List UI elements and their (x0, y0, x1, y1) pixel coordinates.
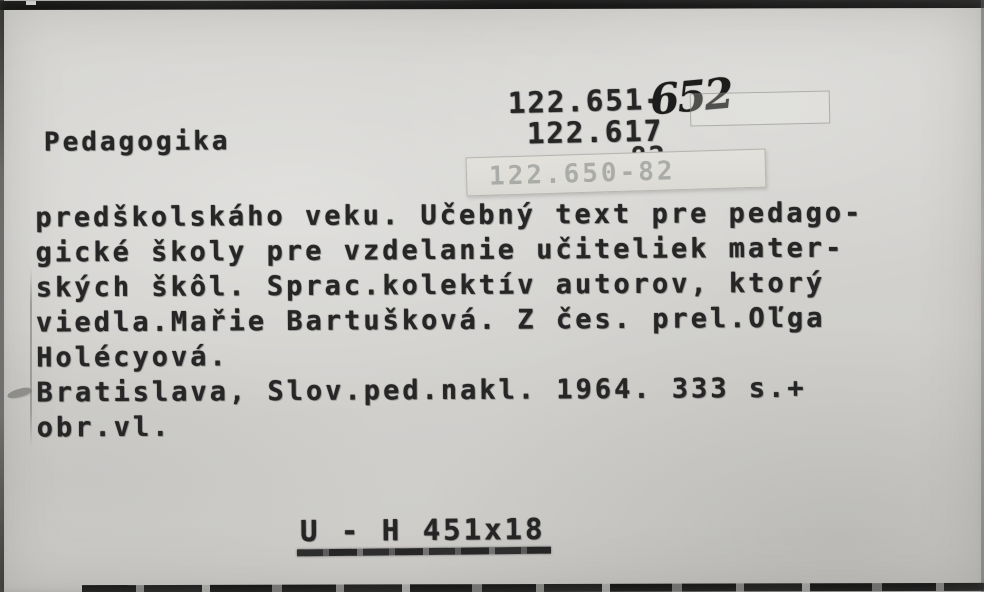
scan-bottom-edge (82, 583, 984, 592)
body-line: ských škôl. Sprac.kolektív autorov, ktor… (36, 267, 864, 307)
body-line: Bratislava, Slov.ped.nakl. 1964. 333 s.+ (36, 372, 864, 412)
subject-heading: Pedagogika (44, 126, 231, 157)
correction-tape: 122.650-82 (465, 149, 766, 197)
body-line: predškolskáho veku. Učebný text pre peda… (35, 197, 863, 237)
catalog-card-scan: Pedagogika 122.651- 652 122.617 -82 122.… (0, 0, 984, 592)
catalog-entry-body: predškolskáho veku. Učebný text pre peda… (35, 197, 864, 447)
shelf-mark: U - H 451x18 (300, 512, 546, 548)
body-line: obr.vl. (37, 407, 865, 447)
body-line: Holécyová. (36, 337, 864, 377)
shelf-mark-underline (297, 547, 551, 557)
pencil-check-mark (6, 386, 31, 400)
scan-edge-notch (26, 1, 36, 5)
card-crease-line (30, 268, 32, 448)
body-line: gické školy pre vzdelanie učiteliek mate… (35, 232, 863, 272)
scan-left-edge (0, 0, 4, 592)
scan-top-edge (0, 0, 984, 10)
covered-call-number: 122.650-82 (489, 156, 676, 192)
tape-outline (690, 91, 831, 127)
body-line: viedla.Mařie Bartušková. Z čes. prel.Oľg… (36, 302, 864, 342)
